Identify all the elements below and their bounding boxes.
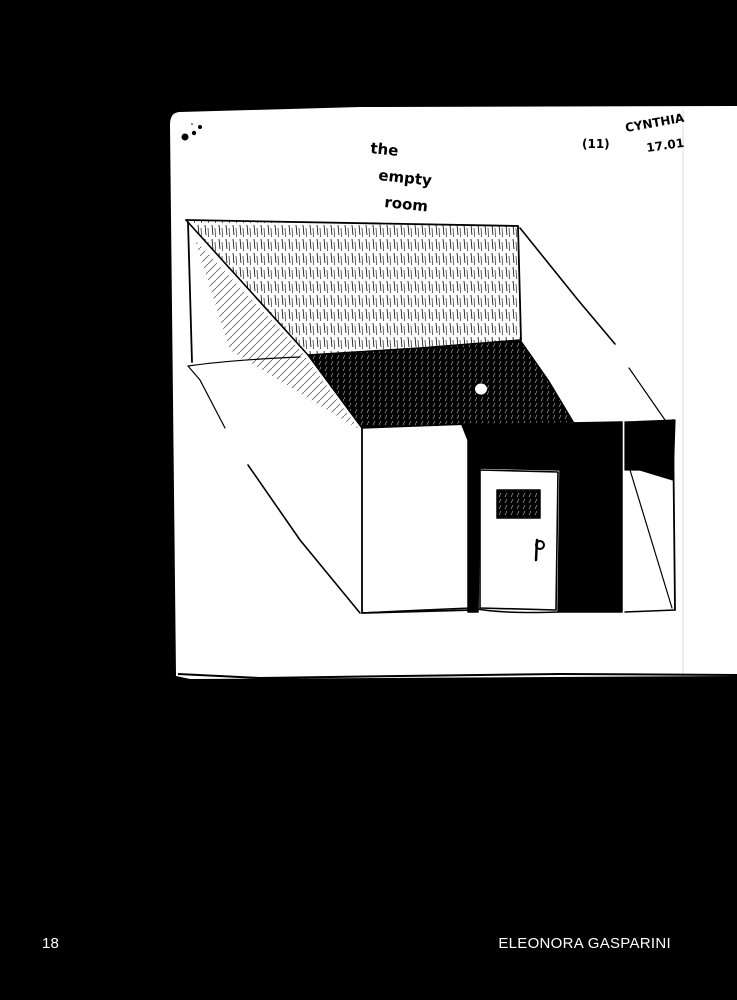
page-number: 18 — [42, 935, 59, 952]
margin-mark: (11) — [582, 137, 610, 151]
sketchbook-scan: the empty room (11) CYNTHIA 17.01 — [0, 0, 737, 1000]
title-line-1: the — [370, 139, 400, 160]
author-name: ELEONORA GASPARINI — [498, 935, 671, 952]
